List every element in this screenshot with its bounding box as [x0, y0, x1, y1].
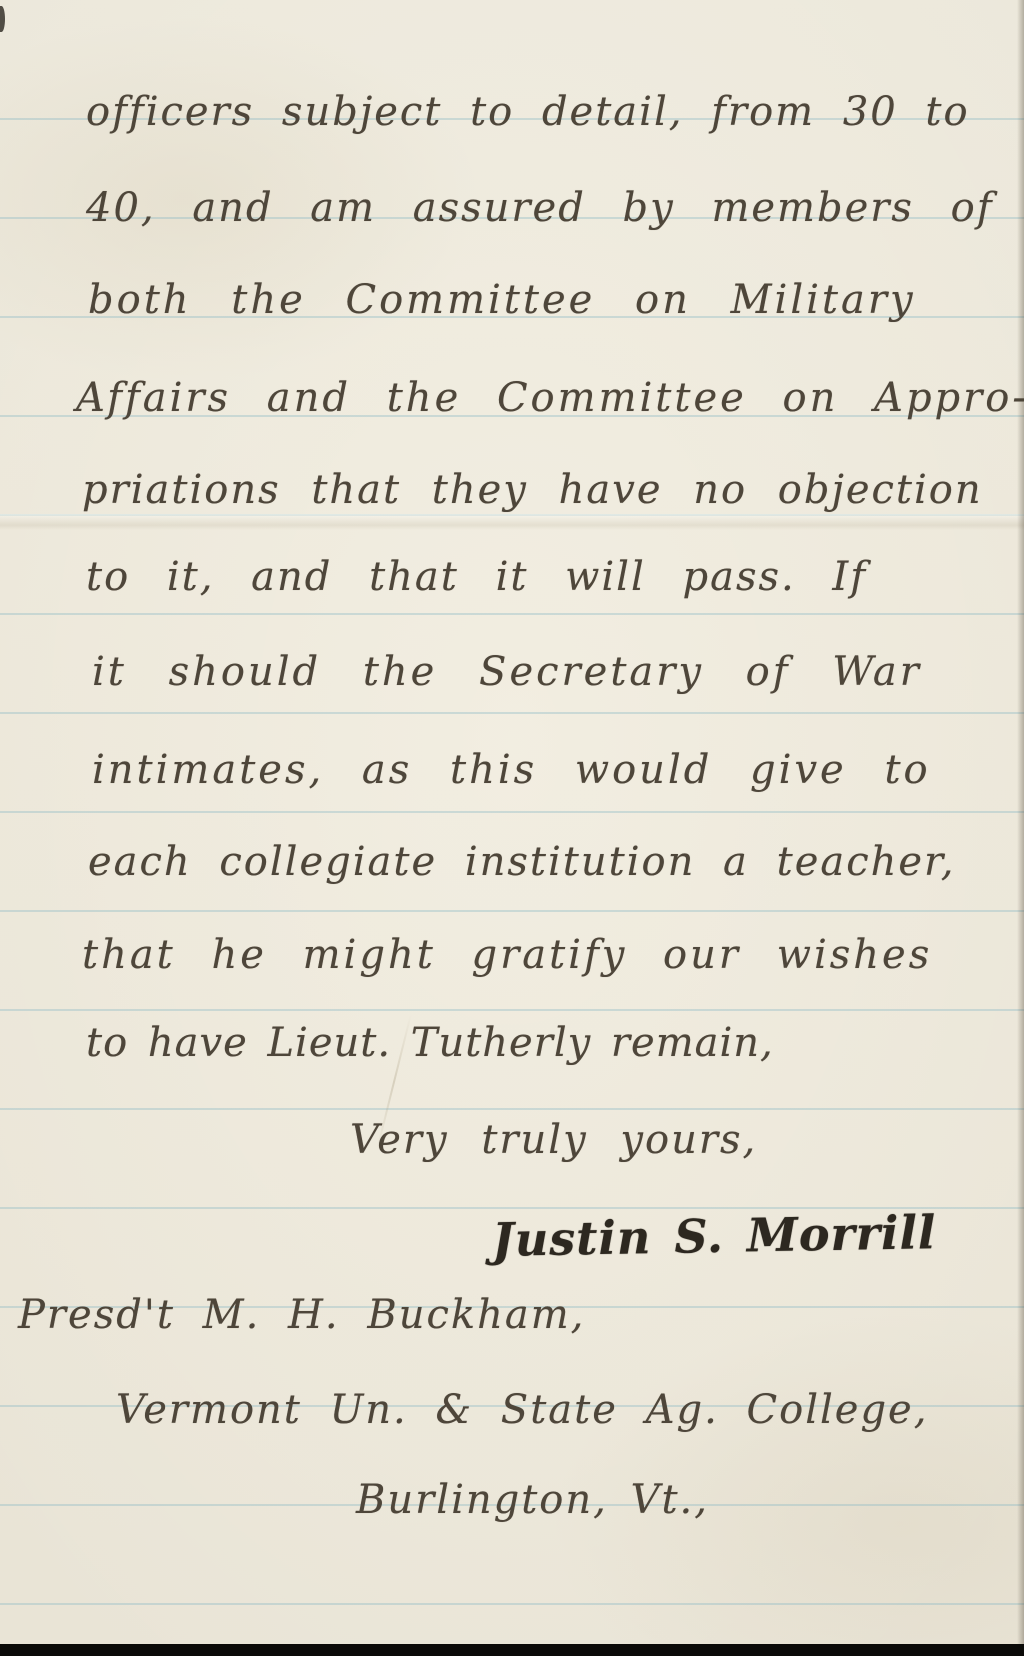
closing-line: Very truly yours, [350, 1112, 757, 1168]
letter-line-5: priations that they have no objection [82, 462, 983, 518]
recipient-line-name: Presd't M. H. Buckham, [18, 1287, 585, 1343]
recipient-line-college: Vermont Un. & State Ag. College, [116, 1382, 928, 1438]
letter-line-9: each collegiate institution a teacher, [88, 834, 956, 890]
letter-line-4: Affairs and the Committee on Appro- [76, 370, 1024, 426]
signature: Justin S. Morrill [492, 1204, 937, 1268]
recipient-line-city: Burlington, Vt., [356, 1472, 709, 1528]
scan-border-right [1017, 0, 1024, 1656]
letter-line-8: intimates, as this would give to [92, 742, 931, 798]
letter-line-10: that he might gratify our wishes [82, 927, 932, 983]
letter-line-11: to have Lieut. Tutherly remain, [86, 1015, 774, 1071]
ink-smudge [0, 6, 5, 32]
letter-line-3: both the Committee on Military [88, 272, 916, 328]
letter-page: officers subject to detail, from 30 to 4… [0, 0, 1024, 1656]
letter-line-7: it should the Secretary of War [92, 644, 922, 700]
letter-line-6: to it, and that it will pass. If [86, 549, 867, 605]
scan-border-bottom [0, 1644, 1024, 1656]
letter-line-1: officers subject to detail, from 30 to [86, 84, 970, 140]
letter-line-2: 40, and am assured by members of [86, 180, 994, 236]
